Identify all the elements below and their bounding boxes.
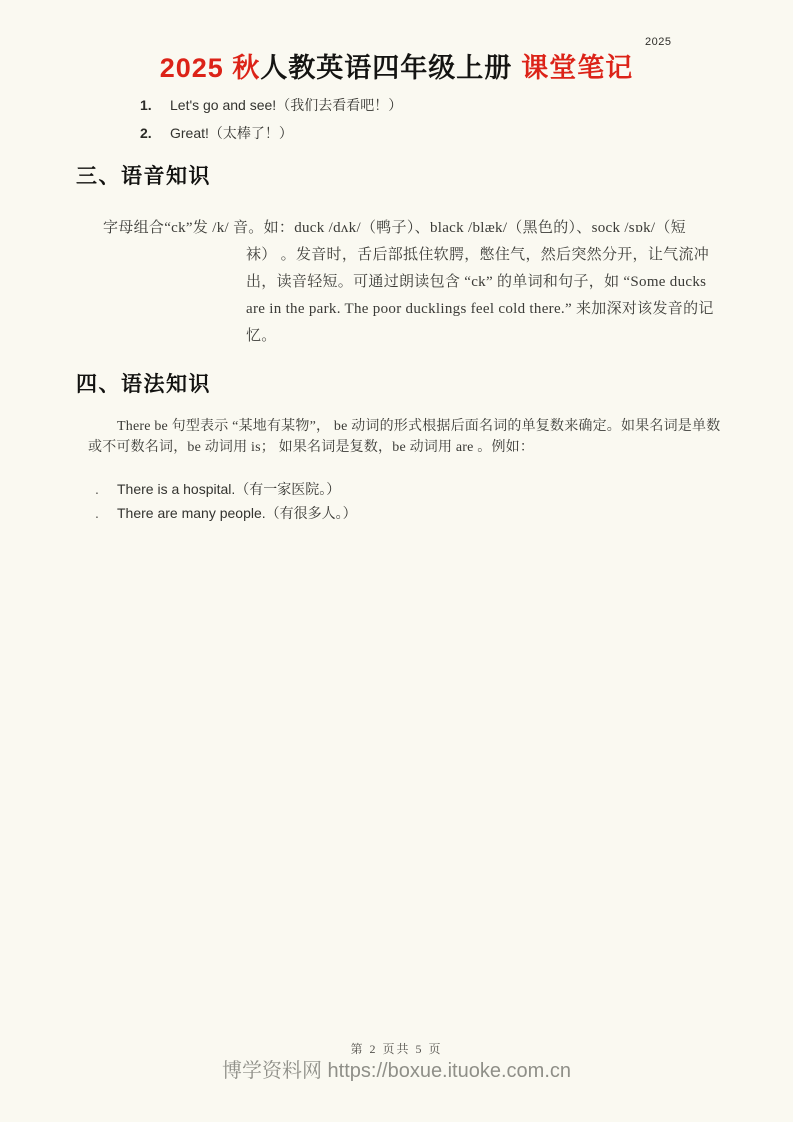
- example-list: . There is a hospital.（有一家医院。） . There a…: [95, 480, 793, 523]
- item-text: There is a hospital.（有一家医院。）: [117, 480, 340, 499]
- page-footer: 第 2 页共 5 页 博学资料网 https://boxue.ituoke.co…: [0, 1042, 793, 1084]
- item-number: 1.: [140, 96, 170, 115]
- item-bullet: .: [95, 504, 117, 523]
- page-number-indicator: 第 2 页共 5 页: [0, 1042, 793, 1057]
- item-text: Let's go and see!（我们去看看吧！）: [170, 96, 402, 115]
- grammar-paragraph: There be 句型表示 “某地有某物”， be 动词的形式根据后面名词的单复…: [88, 416, 728, 458]
- section-heading-grammar: 四、语法知识: [76, 371, 793, 398]
- list-item: 2. Great!（太棒了！）: [140, 124, 793, 143]
- title-book-name: 人教英语四年级上册: [260, 53, 512, 83]
- intro-numbered-list: 1. Let's go and see!（我们去看看吧！） 2. Great!（…: [140, 96, 793, 143]
- list-item: . There are many people.（有很多人。）: [95, 504, 793, 523]
- item-bullet: .: [95, 480, 117, 499]
- item-text: Great!（太棒了！）: [170, 124, 293, 143]
- list-item: 1. Let's go and see!（我们去看看吧！）: [140, 96, 793, 115]
- phonetics-paragraph: 字母组合“ck”发 /k/ 音。如：duck /dʌk/（鸭子）、black /…: [246, 215, 715, 350]
- title-notes-label: 课堂笔记: [521, 53, 633, 83]
- item-number: 2.: [140, 124, 170, 143]
- source-site-url: 博学资料网 https://boxue.ituoke.com.cn: [0, 1058, 793, 1084]
- section-heading-phonetics: 三、语音知识: [76, 163, 793, 190]
- title-year-season: 2025 秋: [160, 53, 261, 83]
- list-item: . There is a hospital.（有一家医院。）: [95, 480, 793, 499]
- document-page: 2025 2025 秋人教英语四年级上册课堂笔记 1. Let's go and…: [0, 0, 793, 1122]
- page-title: 2025 秋人教英语四年级上册课堂笔记: [0, 52, 793, 84]
- item-text: There are many people.（有很多人。）: [117, 504, 357, 523]
- header-year: 2025: [645, 36, 671, 48]
